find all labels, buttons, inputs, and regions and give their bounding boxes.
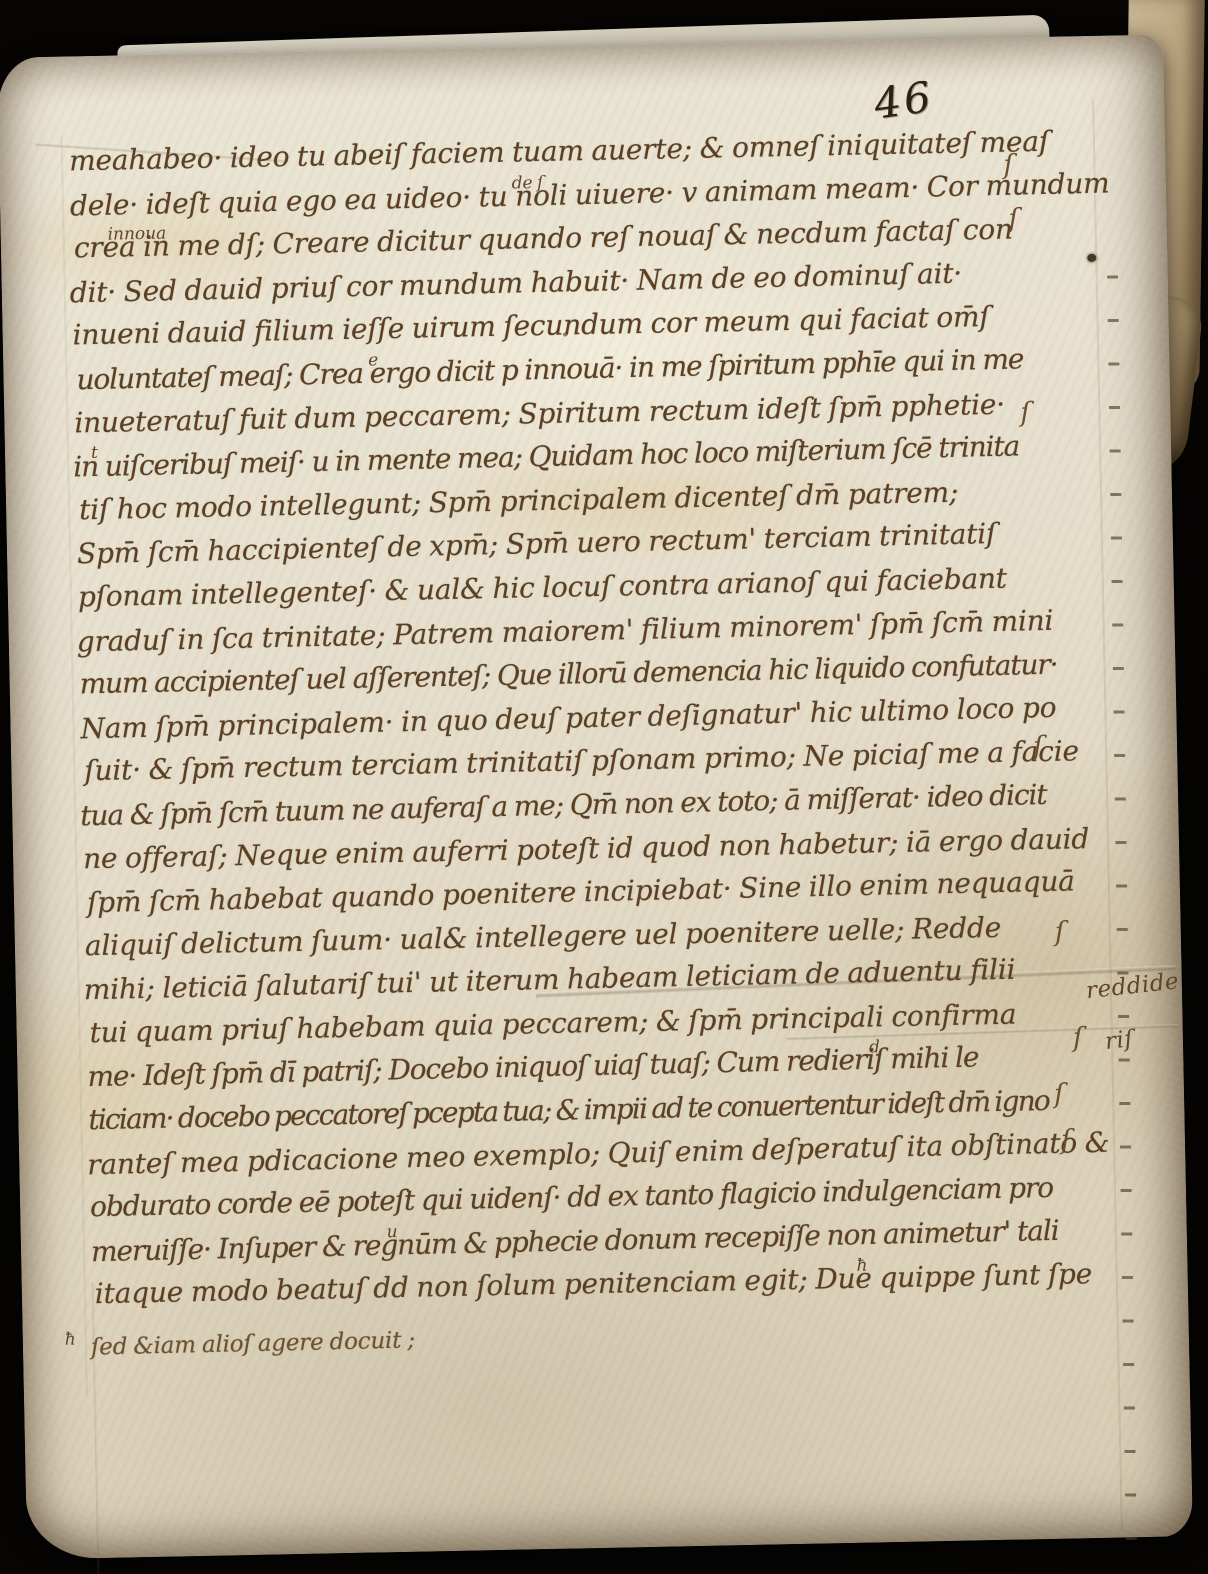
interlinear-gloss: innoua bbox=[107, 217, 166, 252]
margin-gloss: riſ bbox=[1104, 1026, 1135, 1055]
margin-mark: ſ bbox=[1003, 149, 1014, 180]
manuscript-page: 46 meahabeo· ideo tu abeiſ faciem tuam a… bbox=[0, 34, 1193, 1559]
margin-mark: ſ bbox=[1033, 731, 1044, 762]
line-text: meahabeo· ideo tu abeiſ faciem tuam auer… bbox=[69, 125, 1050, 178]
margin-gloss: reddide bbox=[1085, 968, 1180, 1004]
folio-number: 46 bbox=[871, 72, 937, 129]
pricking-marks bbox=[1107, 275, 1137, 1571]
margin-mark: ſ bbox=[1054, 917, 1065, 948]
margin-mark: ſ bbox=[1061, 1125, 1072, 1156]
insertion-mark: ħ bbox=[856, 1249, 868, 1283]
insertion-mark: ħ bbox=[64, 1323, 76, 1357]
margin-mark: ſ bbox=[1008, 203, 1019, 234]
margin-mark: ſ bbox=[1020, 397, 1031, 428]
text-block: meahabeo· ideo tu abeiſ faciem tuam auer… bbox=[69, 124, 1103, 1364]
margin-mark: ſ bbox=[1073, 1022, 1084, 1053]
margin-mark: ſ bbox=[1054, 1079, 1065, 1110]
photograph-backdrop: 46 meahabeo· ideo tu abeiſ faciem tuam a… bbox=[0, 0, 1208, 1574]
line-text: ſed &iam alioſ agere docuit ; bbox=[91, 1323, 416, 1364]
